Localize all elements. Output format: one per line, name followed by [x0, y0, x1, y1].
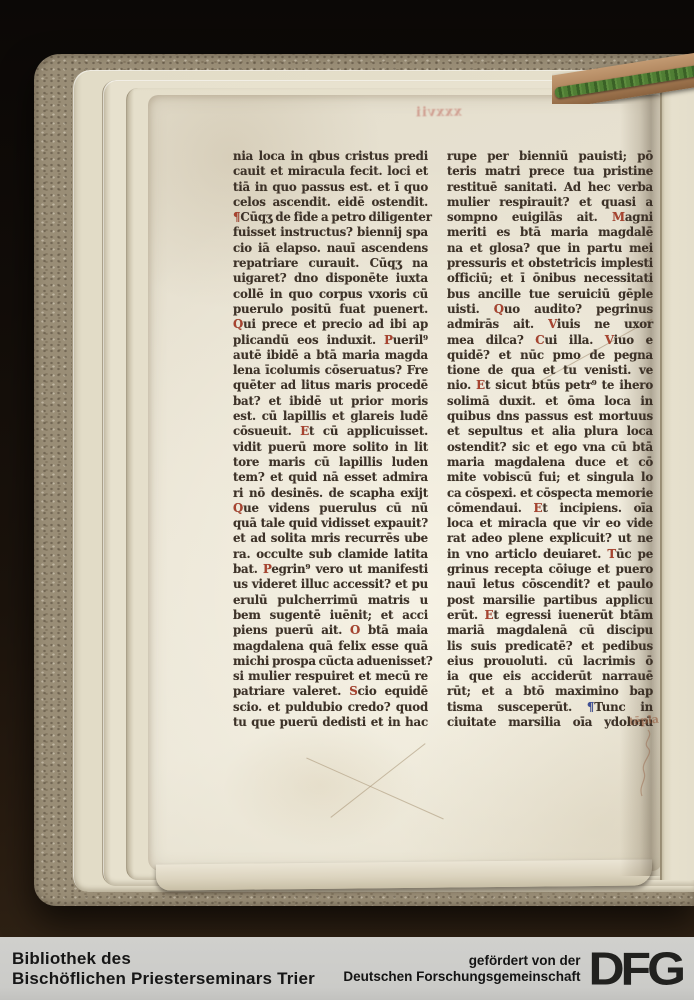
text-line: est. cū lapillis et glareis ludē [233, 409, 428, 424]
text-line: rūt; et a btō maximino bap [447, 684, 653, 699]
text-line: piens puerū ait. O btā maia [233, 623, 428, 638]
text-line: post marsilie partibus applicu [447, 593, 653, 608]
text-line: Qui prece et precio ad ibi ap [233, 317, 428, 332]
text-line: meriti es btā maria magdalē [447, 225, 653, 240]
text-line: quibus dns passus est mortuus [447, 409, 653, 424]
text-line: tu que puerū dedisti et in hac [233, 715, 428, 730]
text-line: michi prospa cūcta aduenisset? [233, 654, 428, 669]
text-line: grinus recepta cōiuge et puero [447, 562, 653, 577]
text-line: patriare valeret. Scio equidē [233, 684, 428, 699]
text-line: Que videns puerulus cū nū [233, 501, 428, 516]
text-line: nia loca in qbus cristus predi [233, 149, 428, 164]
dfg-logo: DFG [588, 946, 682, 992]
text-line: et sepultus et alia plura loca [447, 424, 653, 439]
text-line: bat? et ibidē ut prior moris [233, 394, 428, 409]
text-line: si mulier respuiret et mecū re [233, 669, 428, 684]
text-line: ostendit? sic et ego vna cū btā [447, 440, 653, 455]
text-line: na et glosa? que in partu mei [447, 241, 653, 256]
marginal-flourish [630, 728, 660, 798]
text-line: mulier respirauit? et quasi a [447, 195, 653, 210]
text-line: mite vobiscū fui; et singula lo [447, 470, 653, 485]
text-line: rat adeo plene explicuit? ut ne [447, 531, 653, 546]
text-line: restituē sanitati. Ad hec verba [447, 180, 653, 195]
funding-text: gefördert von der Deutschen Forschungsge… [343, 953, 580, 985]
text-line: ca cōspexi. et cōspecta memorie [447, 486, 653, 501]
text-line: maria magdalena duce et cō [447, 455, 653, 470]
text-line: cio iā elapso. nauī ascendens [233, 241, 428, 256]
text-line: lis suis predicatē? et pedibus [447, 639, 653, 654]
folio-number-showthrough: xxxvii [415, 105, 462, 121]
library-attribution: Bibliothek des Bischöflichen Priestersem… [12, 949, 315, 989]
footer-bar: Bibliothek des Bischöflichen Priestersem… [0, 937, 694, 1000]
library-line1: Bibliothek des [12, 949, 315, 969]
text-line: collē in quo corpus vxoris cū [233, 287, 428, 302]
text-line: sompno euigilās ait. Magni [447, 210, 653, 225]
text-line: puerulo positū fuat puenert. [233, 302, 428, 317]
funding-line1: gefördert von der [343, 953, 580, 969]
text-line: erulū pulcherrimū matris u [233, 593, 428, 608]
text-line: officiū; et ī ōnibus necessitati [447, 271, 653, 286]
text-line: bat. Pegrin⁹ vero ut manifesti [233, 562, 428, 577]
text-line: uigaret? dno disponēte iuxta [233, 271, 428, 286]
page-bottom-curl [156, 859, 652, 890]
text-line: cōsueuit. Et cū applicuisset. [233, 424, 428, 439]
text-line: autē ibidē a btā maria magda [233, 348, 428, 363]
text-line: cauit et miracula fecit. loci et [233, 164, 428, 179]
text-line: ia que eis acciderūt narrauē [447, 669, 653, 684]
text-column-right: rupe per bienniū pauisti; pōteris matri … [447, 149, 653, 730]
text-line: nauī letus cōscendit? et paulo [447, 577, 653, 592]
text-line: celos ascendit. eidē ostendit. [233, 195, 428, 210]
text-line: fuisset instructus? biennij spa [233, 225, 428, 240]
text-line: scio. et puldubio credo? quod [233, 700, 428, 715]
text-column-left: nia loca in qbus cristus predicauit et m… [233, 149, 428, 730]
text-line: loca et miracla que vir eo vide [447, 516, 653, 531]
library-line2: Bischöflichen Priesterseminars Trier [12, 969, 315, 989]
text-line: mariā magdalenā cū discipu [447, 623, 653, 638]
text-line: quā tale quid vidisset expauit? [233, 516, 428, 531]
text-line: magdalena quā felix esse quā [233, 639, 428, 654]
text-line: ri nō desinēs. de scapha exijt [233, 486, 428, 501]
funding-line2: Deutschen Forschungsgemeinschaft [343, 969, 580, 985]
text-line: erūt. Et egressi iuenerūt btām [447, 608, 653, 623]
text-line: nio. Et sicut btūs petr⁹ te ihero [447, 378, 653, 393]
facing-page-edge [660, 74, 694, 880]
text-line: admirās ait. Viuis ne uxor [447, 317, 653, 332]
text-line: lena īcolumis cōseruatus? Fre [233, 363, 428, 378]
text-line: ¶Cūqʒ de fide a petro diligenter [233, 210, 428, 225]
text-line: eius prouoluti. cū lacrimis ō [447, 654, 653, 669]
text-line: bem sugentē iuēnit; et acci [233, 608, 428, 623]
text-line: teris matri prece tua pristine [447, 164, 653, 179]
manuscript-scan-page: xxxvii nia loca in qbus cristus predicau… [0, 0, 694, 1000]
text-line: tione de qua et tu venisti. ve [447, 363, 653, 378]
text-line: ra. occulte sub clamide latita [233, 547, 428, 562]
endband [552, 50, 694, 104]
text-line: us videret illuc accessit? et pu [233, 577, 428, 592]
text-line: tisma susceperūt. ¶Tunc in [447, 700, 653, 715]
text-line: mea dilca? Cui illa. Viuo e [447, 333, 653, 348]
marginal-annotation: tēpla [628, 713, 659, 729]
text-line: uisti. Quo audito? pegrinus [447, 302, 653, 317]
text-line: vidit puerū more solito in lit [233, 440, 428, 455]
text-line: repatriare curauit. Cūqʒ na [233, 256, 428, 271]
text-line: bus ancille tue seruiciū gēple [447, 287, 653, 302]
text-line: tiā in quo passus est. et ī quo [233, 180, 428, 195]
text-line: quēter ad litus maris procedē [233, 378, 428, 393]
text-line: rupe per bienniū pauisti; pō [447, 149, 653, 164]
text-line: in vno articlo deuiaret. Tūc pe [447, 547, 653, 562]
text-line: tem? et quid nā esset admira [233, 470, 428, 485]
text-line: ciuitate marsilia oīa ydolorū [447, 715, 653, 730]
text-line: quidē? et nūc pmo de pegna [447, 348, 653, 363]
text-line: pressuris et obstetricis implesti [447, 256, 653, 271]
text-line: solimā duxit. et ōma loca in [447, 394, 653, 409]
text-line: et ad solita mris recurrēs ube [233, 531, 428, 546]
text-line: plicandū eos induxit. Pueril⁹ [233, 333, 428, 348]
text-line: cōmendaui. Et incipiens. oīa [447, 501, 653, 516]
funding-attribution: gefördert von der Deutschen Forschungsge… [343, 944, 682, 994]
text-line: tore maris cū lapillis luden [233, 455, 428, 470]
